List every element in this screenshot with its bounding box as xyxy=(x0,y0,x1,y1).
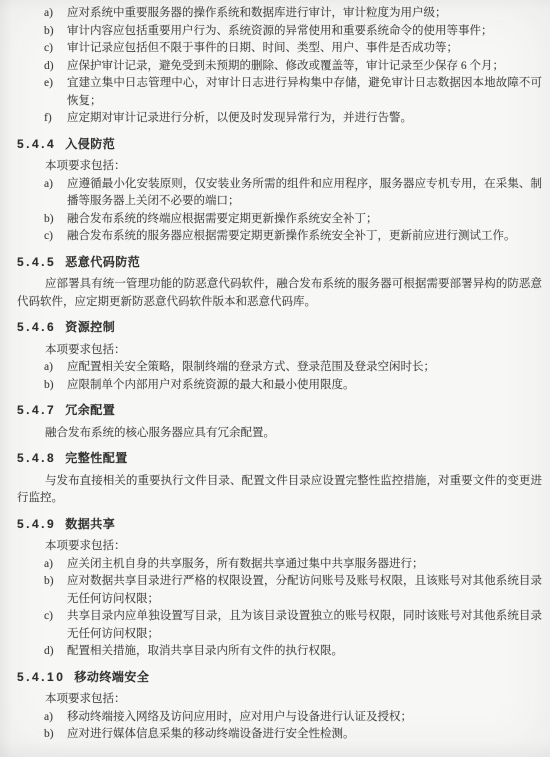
list-item-label: d) xyxy=(44,643,67,661)
heading-title: 恶意代码防范 xyxy=(65,255,140,269)
list-item-text: 应遵循最小化安装原则，仅安装业务所需的组件和应用程序，服务器应专机专用，在采集、… xyxy=(67,176,542,211)
section-heading: 5.4.7冗余配置 xyxy=(17,402,542,420)
document-page: a)应对系统中重要服务器的操作系统和数据库进行审计，审计粒度为用户级；b)审计内… xyxy=(0,0,550,757)
list-item-label: c) xyxy=(44,40,67,58)
intro-paragraph: 本项要求包括： xyxy=(17,691,542,709)
list-item-label: b) xyxy=(44,211,67,229)
section-heading: 5.4.5恶意代码防范 xyxy=(17,254,542,272)
list-item-label: d) xyxy=(44,58,67,76)
heading-title: 入侵防范 xyxy=(65,137,115,151)
list-item-label: c) xyxy=(44,608,67,626)
list-item: b)应对进行媒体信息采集的移动终端设备进行安全性检测。 xyxy=(44,726,542,744)
list-item-text: 宜建立集中日志管理中心，对审计日志进行异构集中存储，避免审计日志数据因本地故障不… xyxy=(67,75,542,110)
list-item-text: 应关闭主机自身的共享服务，所有数据共享通过集中共享服务器进行； xyxy=(67,556,542,574)
list-item-text: 配置相关措施，取消共享目录内所有文件的执行权限。 xyxy=(67,643,542,661)
list-item-text: 应对系统中重要服务器的操作系统和数据库进行审计，审计粒度为用户级； xyxy=(67,5,542,23)
heading-title: 冗余配置 xyxy=(65,403,115,417)
heading-number: 5.4.9 xyxy=(17,517,56,531)
intro-paragraph: 本项要求包括： xyxy=(17,158,542,176)
list-item-label: a) xyxy=(44,709,67,727)
list-item-label: a) xyxy=(44,359,67,377)
heading-number: 5.4.10 xyxy=(17,670,65,684)
intro-paragraph: 本项要求包括： xyxy=(17,342,542,360)
list-item-label: a) xyxy=(44,5,67,23)
heading-number: 5.4.5 xyxy=(17,255,56,269)
list-item: d)应保护审计记录，避免受到未预期的删除、修改或覆盖等，审计记录至少保存 6 个… xyxy=(44,58,542,76)
body-paragraph: 融合发布系统的核心服务器应具有冗余配置。 xyxy=(17,425,542,443)
list-item-text: 审计内容应包括重要用户行为、系统资源的异常使用和重要系统命令的使用等事件； xyxy=(67,23,542,41)
list-item: a)应关闭主机自身的共享服务，所有数据共享通过集中共享服务器进行； xyxy=(44,556,542,574)
heading-number: 5.4.7 xyxy=(17,403,56,417)
list-item-text: 融合发布系统的终端应根据需要定期更新操作系统安全补丁； xyxy=(67,211,542,229)
heading-title: 资源控制 xyxy=(65,320,115,334)
list-item-label: f) xyxy=(44,110,67,128)
list-item-text: 应保护审计记录，避免受到未预期的删除、修改或覆盖等，审计记录至少保存 6 个月； xyxy=(67,58,542,76)
list-item: d)配置相关措施，取消共享目录内所有文件的执行权限。 xyxy=(44,643,542,661)
list-item: a)应对系统中重要服务器的操作系统和数据库进行审计，审计粒度为用户级； xyxy=(44,5,542,23)
list-item-label: a) xyxy=(44,556,67,574)
requirement-list: a)应对系统中重要服务器的操作系统和数据库进行审计，审计粒度为用户级；b)审计内… xyxy=(44,5,542,128)
list-item-text: 应对数据共享目录进行严格的权限设置，分配访问账号及账号权限，且该账号对其他系统目… xyxy=(67,573,542,608)
list-item-label: b) xyxy=(44,377,67,395)
heading-title: 移动终端安全 xyxy=(74,670,149,684)
list-item: b)融合发布系统的终端应根据需要定期更新操作系统安全补丁； xyxy=(44,211,542,229)
list-item: a)应配置相关安全策略，限制终端的登录方式、登录范围及登录空闲时长； xyxy=(44,359,542,377)
requirement-list: a)应关闭主机自身的共享服务，所有数据共享通过集中共享服务器进行；b)应对数据共… xyxy=(44,556,542,661)
list-item: a)移动终端接入网络及访问应用时，应对用户与设备进行认证及授权； xyxy=(44,709,542,727)
body-paragraph: 与发布直接相关的重要执行文件目录、配置文件目录应设置完整性监控措施，对重要文件的… xyxy=(17,473,542,508)
list-item: b)应限制单个内部用户对系统资源的最大和最小使用限度。 xyxy=(44,377,542,395)
list-item-text: 融合发布系统的服务器应根据需要定期更新操作系统安全补丁，更新前应进行测试工作。 xyxy=(67,228,542,246)
list-item-label: c) xyxy=(44,228,67,246)
heading-title: 完整性配置 xyxy=(65,451,128,465)
list-item-text: 应对进行媒体信息采集的移动终端设备进行安全性检测。 xyxy=(67,726,542,744)
list-item: b)应对数据共享目录进行严格的权限设置，分配访问账号及账号权限，且该账号对其他系… xyxy=(44,573,542,608)
intro-paragraph: 本项要求包括： xyxy=(17,538,542,556)
requirement-list: a)应配置相关安全策略，限制终端的登录方式、登录范围及登录空闲时长；b)应限制单… xyxy=(44,359,542,394)
heading-number: 5.4.6 xyxy=(17,320,56,334)
section-heading: 5.4.4入侵防范 xyxy=(17,136,542,154)
list-item-text: 移动终端接入网络及访问应用时，应对用户与设备进行认证及授权； xyxy=(67,709,542,727)
list-item: c)融合发布系统的服务器应根据需要定期更新操作系统安全补丁，更新前应进行测试工作… xyxy=(44,228,542,246)
section-heading: 5.4.10移动终端安全 xyxy=(17,669,542,687)
list-item-text: 应配置相关安全策略，限制终端的登录方式、登录范围及登录空闲时长； xyxy=(67,359,542,377)
list-item-label: a) xyxy=(44,176,67,194)
list-item-text: 共享目录内应单独设置写目录，且为该目录设置独立的账号权限，同时该账号对其他系统目… xyxy=(67,608,542,643)
list-item: b)审计内容应包括重要用户行为、系统资源的异常使用和重要系统命令的使用等事件； xyxy=(44,23,542,41)
list-item-text: 应限制单个内部用户对系统资源的最大和最小使用限度。 xyxy=(67,377,542,395)
list-item-text: 审计记录应包括但不限于事件的日期、时间、类型、用户、事件是否成功等； xyxy=(67,40,542,58)
requirement-list: a)应遵循最小化安装原则，仅安装业务所需的组件和应用程序，服务器应专机专用，在采… xyxy=(44,176,542,246)
section-heading: 5.4.6资源控制 xyxy=(17,319,542,337)
list-item: c)审计记录应包括但不限于事件的日期、时间、类型、用户、事件是否成功等； xyxy=(44,40,542,58)
list-item-text: 应定期对审计记录进行分析，以便及时发现异常行为，并进行告警。 xyxy=(67,110,542,128)
list-item: f)应定期对审计记录进行分析，以便及时发现异常行为，并进行告警。 xyxy=(44,110,542,128)
list-item-label: b) xyxy=(44,23,67,41)
list-item: a)应遵循最小化安装原则，仅安装业务所需的组件和应用程序，服务器应专机专用，在采… xyxy=(44,176,542,211)
heading-title: 数据共享 xyxy=(65,517,115,531)
heading-number: 5.4.8 xyxy=(17,451,56,465)
heading-number: 5.4.4 xyxy=(17,137,56,151)
list-item: e)宜建立集中日志管理中心，对审计日志进行异构集中存储，避免审计日志数据因本地故… xyxy=(44,75,542,110)
list-item-label: b) xyxy=(44,573,67,591)
section-heading: 5.4.8完整性配置 xyxy=(17,450,542,468)
list-item: c)共享目录内应单独设置写目录，且为该目录设置独立的账号权限，同时该账号对其他系… xyxy=(44,608,542,643)
document-content: a)应对系统中重要服务器的操作系统和数据库进行审计，审计粒度为用户级；b)审计内… xyxy=(17,5,542,744)
requirement-list: a)移动终端接入网络及访问应用时，应对用户与设备进行认证及授权；b)应对进行媒体… xyxy=(44,709,542,744)
body-paragraph: 应部署具有统一管理功能的防恶意代码软件，融合发布系统的服务器可根据需要部署异构的… xyxy=(17,276,542,311)
list-item-label: b) xyxy=(44,726,67,744)
list-item-label: e) xyxy=(44,75,67,93)
section-heading: 5.4.9数据共享 xyxy=(17,516,542,534)
